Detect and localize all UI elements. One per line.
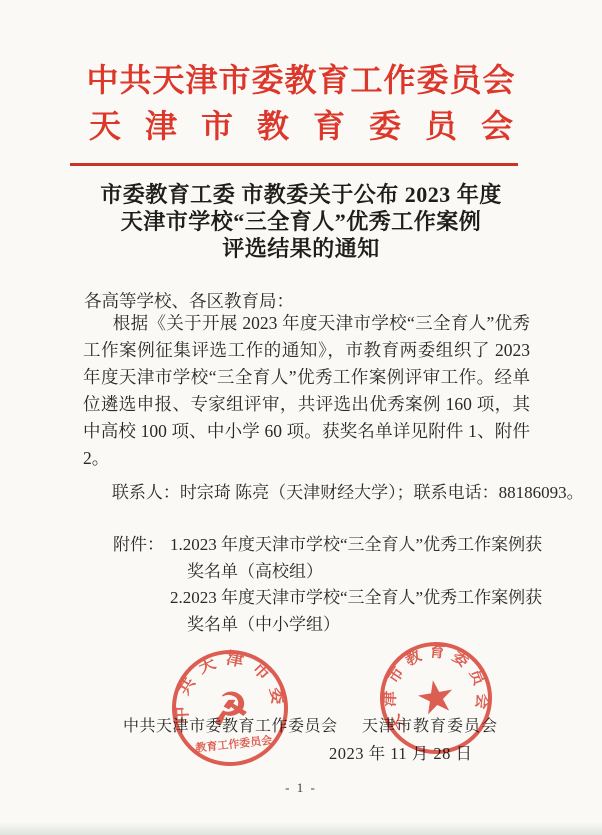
issuing-org-primary: 中共天津市委教育工作委员会: [0, 55, 602, 101]
attachment-item-2-line2: 奖名单（中小学组）: [170, 612, 542, 639]
star-icon: ★: [415, 673, 458, 723]
red-divider-line: [70, 163, 518, 166]
seal-left-banner-text: 教育工作委员会: [194, 733, 273, 755]
notice-title-line3: 评选结果的通知: [0, 235, 602, 262]
scan-shadow: [0, 822, 602, 835]
official-seal-left: 中共天津市委 ☭ 教育工作委员会: [161, 639, 299, 777]
attachment-item-1-line1: 1.2023 年度天津市学校“三全育人”优秀工作案例获: [170, 532, 542, 559]
attachments-list: 1.2023 年度天津市学校“三全育人”优秀工作案例获 奖名单（高校组） 2.2…: [170, 532, 542, 638]
attachments-label: 附件：: [113, 532, 164, 638]
hammer-and-sickle-icon: ☭: [209, 683, 251, 734]
notice-title-line2: 天津市学校“三全育人”优秀工作案例: [0, 208, 602, 235]
document-page: 中共天津市委教育工作委员会 天津市教育委员会 市委教育工委 市教委关于公布 20…: [0, 0, 602, 835]
attachment-item-1-line2: 奖名单（高校组）: [170, 559, 542, 586]
notice-title: 市委教育工委 市教委关于公布 2023 年度 天津市学校“三全育人”优秀工作案例…: [0, 181, 602, 262]
official-seal-right: 天津市教育委员会 ★: [366, 628, 505, 767]
issuing-org-secondary: 天津市教育委员会: [12, 101, 602, 147]
contact-line: 联系人：时宗琦 陈亮（天津财经大学）；联系电话：88186093。: [83, 478, 584, 503]
attachments-block: 附件： 1.2023 年度天津市学校“三全育人”优秀工作案例获 奖名单（高校组）…: [113, 532, 542, 638]
page-number: - 1 -: [0, 780, 602, 796]
attachment-item-2-line1: 2.2023 年度天津市学校“三全育人”优秀工作案例获: [170, 585, 542, 612]
body-paragraph: 根据《关于开展 2023 年度天津市学校“三全育人”优秀工作案例征集评选工作的通…: [83, 310, 530, 472]
notice-title-line1: 市委教育工委 市教委关于公布 2023 年度: [0, 181, 602, 208]
